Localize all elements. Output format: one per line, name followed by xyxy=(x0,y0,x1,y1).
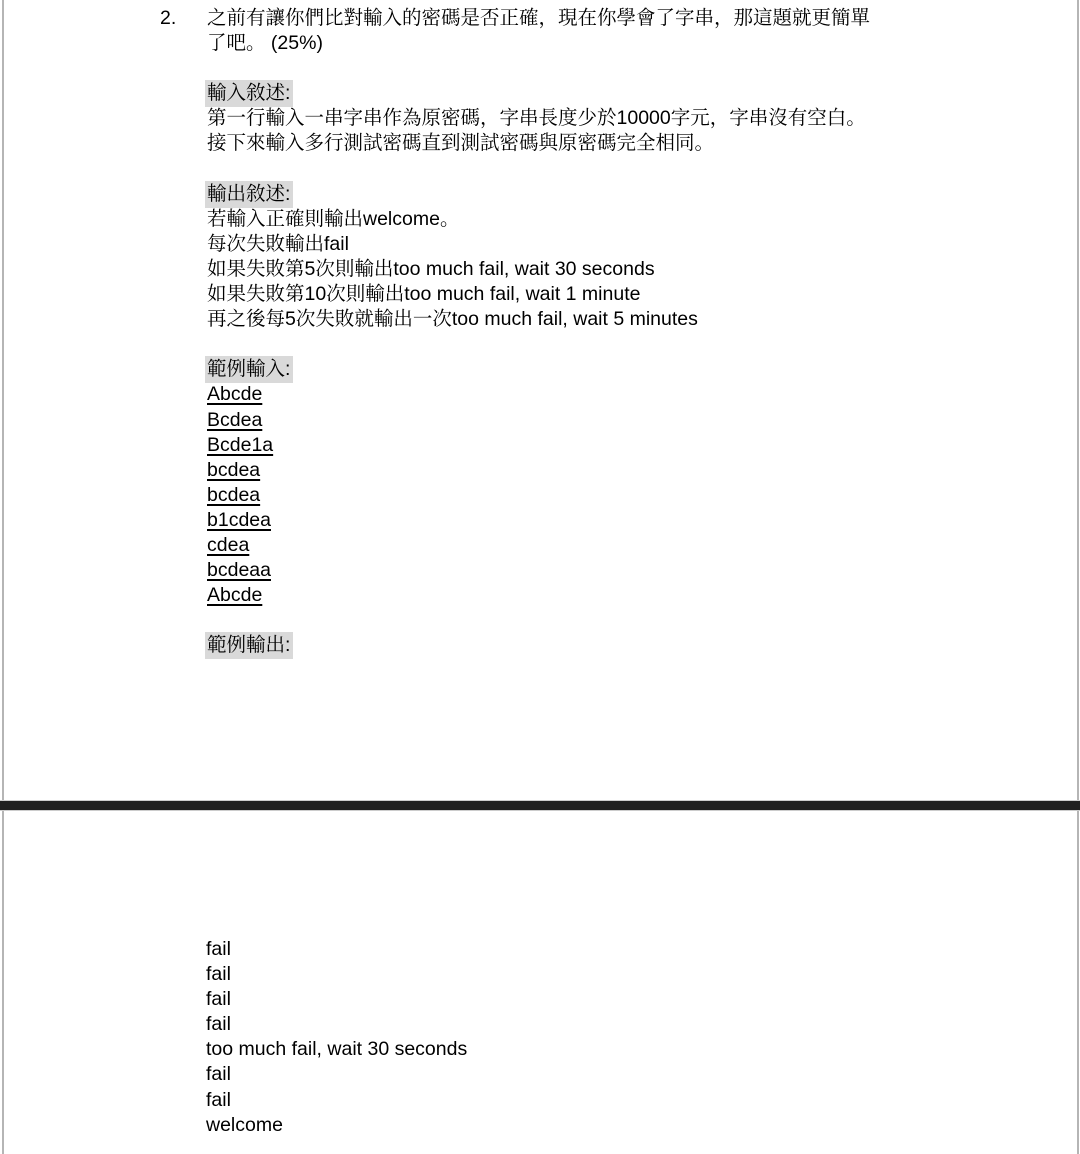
output-description-line-3-text: 如果失敗第5次則輸出too much fail, wait 30 seconds xyxy=(207,258,655,280)
input-description-line-2-text: 接下來輸入多行測試密碼直到測試密碼與原密碼完全相同。 xyxy=(207,132,714,154)
page-2-content: failfailfailfailtoo much fail, wait 30 s… xyxy=(206,937,1078,1138)
sample-output-value-text: fail xyxy=(206,963,231,985)
sample-output-value-text: too much fail, wait 30 seconds xyxy=(206,1038,467,1060)
sample-output-value: too much fail, wait 30 seconds xyxy=(206,1037,1078,1062)
problem-statement-line-2-text: 了吧。 (25%) xyxy=(207,32,323,54)
output-description-line-3: 如果失敗第5次則輸出too much fail, wait 30 seconds xyxy=(207,257,1079,282)
sample-input-value: bcdeaa xyxy=(207,558,1079,583)
output-description-line-1-text: 若輸入正確則輸出welcome。 xyxy=(207,208,459,230)
input-description-label: 輸入敘述: xyxy=(207,81,1079,106)
sample-output-label: 範例輸出: xyxy=(207,633,1079,658)
output-description-line-5-text: 再之後每5次失敗就輸出一次too much fail, wait 5 minut… xyxy=(207,308,698,330)
sample-input-value-text: cdea xyxy=(207,534,249,556)
sample-input-value-text: b1cdea xyxy=(207,509,271,531)
input-description-line-2: 接下來輸入多行測試密碼直到測試密碼與原密碼完全相同。 xyxy=(207,131,1079,156)
blank-line xyxy=(207,157,1079,182)
item-number: 2. xyxy=(160,6,176,31)
document-viewer: 2. 之前有讓你們比對輸入的密碼是否正確，現在你學會了字串，那這題就更簡單了吧。… xyxy=(0,0,1080,1154)
sample-input-value-text: Abcde xyxy=(207,383,262,405)
sample-output-value: fail xyxy=(206,1062,1078,1087)
sample-output-value: fail xyxy=(206,1012,1078,1037)
blank-line xyxy=(207,608,1079,633)
sample-output-value-text: welcome xyxy=(206,1114,283,1136)
sample-input-value-text: Abcde xyxy=(207,584,262,606)
blank-line xyxy=(207,332,1079,357)
output-description-line-2: 每次失敗輸出fail xyxy=(207,232,1079,257)
sample-output-value-text: fail xyxy=(206,938,231,960)
input-description-line-1: 第一行輸入一串字串作為原密碼，字串長度少於10000字元，字串沒有空白。 xyxy=(207,106,1079,131)
sample-output-value: fail xyxy=(206,962,1078,987)
output-description-label-text: 輸出敘述: xyxy=(205,181,293,208)
sample-output-value: fail xyxy=(206,937,1078,962)
output-description-line-2-text: 每次失敗輸出fail xyxy=(207,233,349,255)
sample-input-value: Bcde1a xyxy=(207,433,1079,458)
sample-output-value-text: fail xyxy=(206,1063,231,1085)
sample-input-value: Bcdea xyxy=(207,408,1079,433)
problem-statement-line-1-text: 之前有讓你們比對輸入的密碼是否正確，現在你學會了字串，那這題就更簡單 xyxy=(207,7,870,29)
sample-input-label: 範例輸入: xyxy=(207,357,1079,382)
sample-input-label-text: 範例輸入: xyxy=(205,356,293,383)
sample-output-value: fail xyxy=(206,1088,1078,1113)
sample-input-value: cdea xyxy=(207,533,1079,558)
problem-statement-line-1: 之前有讓你們比對輸入的密碼是否正確，現在你學會了字串，那這題就更簡單 xyxy=(207,6,1079,31)
output-description-line-1: 若輸入正確則輸出welcome。 xyxy=(207,207,1079,232)
input-description-label-text: 輸入敘述: xyxy=(205,80,293,107)
sample-input-value: bcdea xyxy=(207,483,1079,508)
sample-input-value: b1cdea xyxy=(207,508,1079,533)
sample-output-value-text: fail xyxy=(206,1089,231,1111)
sample-input-value: bcdea xyxy=(207,458,1079,483)
input-description-line-1-text: 第一行輸入一串字串作為原密碼，字串長度少於10000字元，字串沒有空白。 xyxy=(207,107,866,129)
page-divider xyxy=(0,800,1080,811)
sample-input-value-text: Bcde1a xyxy=(207,434,273,456)
page-left-border xyxy=(2,0,4,1154)
sample-input-value-text: bcdeaa xyxy=(207,559,271,581)
sample-input-value: Abcde xyxy=(207,382,1079,407)
output-description-line-4: 如果失敗第10次則輸出too much fail, wait 1 minute xyxy=(207,282,1079,307)
page-1-content: 之前有讓你們比對輸入的密碼是否正確，現在你學會了字串，那這題就更簡單了吧。 (2… xyxy=(207,6,1079,658)
problem-statement-line-2: 了吧。 (25%) xyxy=(207,31,1079,56)
sample-input-value-text: bcdea xyxy=(207,459,260,481)
sample-output-value-text: fail xyxy=(206,1013,231,1035)
sample-input-value-text: bcdea xyxy=(207,484,260,506)
output-description-label: 輸出敘述: xyxy=(207,182,1079,207)
output-description-line-4-text: 如果失敗第10次則輸出too much fail, wait 1 minute xyxy=(207,283,640,305)
sample-output-label-text: 範例輸出: xyxy=(205,632,293,659)
blank-line xyxy=(207,56,1079,81)
output-description-line-5: 再之後每5次失敗就輸出一次too much fail, wait 5 minut… xyxy=(207,307,1079,332)
sample-input-value: Abcde xyxy=(207,583,1079,608)
sample-output-value-text: fail xyxy=(206,988,231,1010)
sample-output-value: welcome xyxy=(206,1113,1078,1138)
sample-output-value: fail xyxy=(206,987,1078,1012)
sample-input-value-text: Bcdea xyxy=(207,409,262,431)
